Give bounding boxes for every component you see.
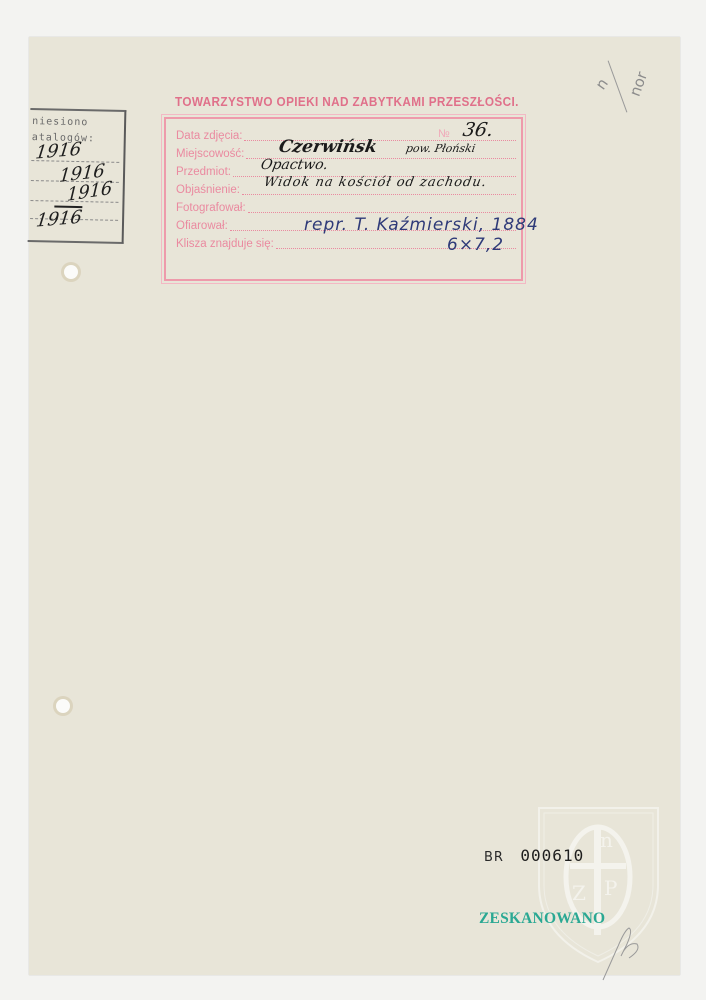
stamp-title: TOWARZYSTWO OPIEKI NAD ZABYTKAMI PRZESZŁ… [175, 95, 519, 109]
punch-hole-bottom [56, 699, 70, 713]
place-county: pow. Płoński [405, 142, 477, 155]
description-value: Widok na kościół od zachodu. [263, 175, 489, 190]
field-label-negative: Klisza znajduje się: [176, 237, 274, 251]
field-line [242, 193, 516, 195]
photo-number: 36. [461, 119, 495, 141]
pencil-note-n: n [592, 75, 612, 93]
pencil-note-nor: nor [626, 69, 651, 99]
punch-hole-top [64, 265, 78, 279]
inventory-prefix: BR [484, 850, 504, 865]
svg-text:n: n [600, 828, 613, 852]
svg-text:Z: Z [572, 881, 586, 905]
catalogue-year: 1916 [35, 207, 83, 232]
scanned-stamp: ZESKANOWANO [479, 910, 605, 928]
catalogue-stamp: niesiono atalogów: 1916 1916 1916 1916 [28, 108, 127, 244]
field-line [248, 211, 516, 213]
document-page: n nor niesiono atalogów: 1916 1916 1916 … [29, 37, 680, 975]
negative-size: 6×7,2 [447, 235, 504, 255]
field-photographer: Fotografował: [176, 197, 516, 215]
inventory-number: BR 000610 [484, 846, 584, 866]
svg-text:P: P [604, 876, 617, 900]
field-label-date: Data zdjęcia: [176, 129, 242, 143]
catalogue-year: 1916 [34, 139, 82, 164]
field-label-description: Objaśnienie: [176, 183, 240, 197]
number-sign: № [438, 128, 450, 140]
subject-value: Opactwo. [260, 157, 330, 173]
negative-value: repr. T. Kaźmierski, 1884 [304, 215, 539, 235]
field-label-photographer: Fotografował: [176, 201, 246, 215]
place-value: Czerwińsk [277, 137, 378, 157]
society-stamp-box: Data zdjęcia: № 36. Miejscowość: Czerwiń… [164, 117, 523, 281]
field-label-place: Miejscowość: [176, 147, 244, 161]
pencil-signature-icon [599, 922, 644, 982]
field-label-donor: Ofiarował: [176, 219, 228, 233]
field-label-subject: Przedmiot: [176, 165, 231, 179]
catalogue-header-1: niesiono [32, 116, 88, 128]
inventory-digits: 000610 [520, 846, 584, 865]
